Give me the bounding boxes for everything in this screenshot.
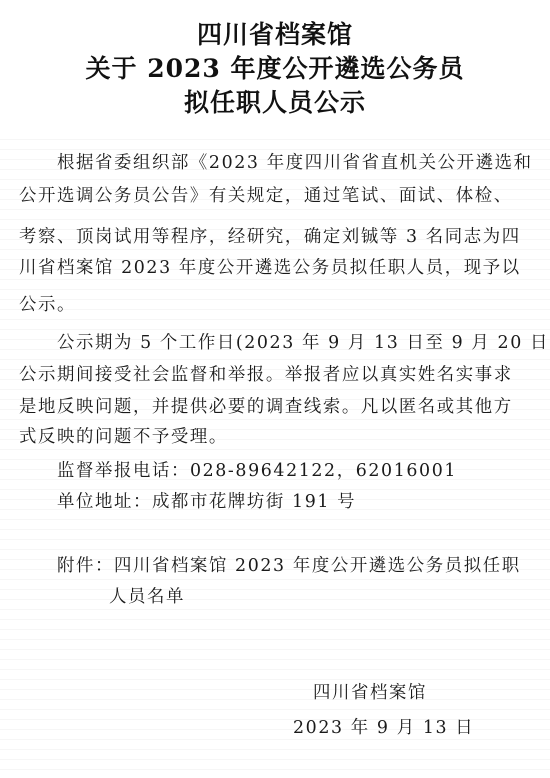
attachment-title: 四川省档案馆 2023 年度公开遴选公务员拟任职 — [114, 556, 521, 576]
paragraph-1-line-1: 根据省委组织部《2023 年度四川省省直机关公开遴选和 — [57, 151, 533, 175]
title-line-1: 四川省档案馆 — [0, 20, 550, 50]
paragraph-1-line-3: 考察、顶岗试用等程序，经研究，确定刘铖等 3 名同志为四 — [19, 225, 521, 249]
attachment-line-2: 人员名单 — [109, 585, 185, 609]
paragraph-2-line-1: 公示期为 5 个工作日(2023 年 9 月 13 日至 9 月 20 日)， — [57, 331, 550, 355]
phone-line: 监督举报电话：028-89642122，62016001 — [57, 459, 457, 483]
paragraph-1-line-2: 公开选调公务员公告》有关规定，通过笔试、面试、体检、 — [19, 184, 513, 208]
address-label: 单位地址： — [57, 492, 152, 512]
address-value: 成都市花牌坊街 191 号 — [152, 492, 356, 512]
address-line: 单位地址：成都市花牌坊街 191 号 — [57, 490, 356, 514]
title-line-3: 拟任职人员公示 — [0, 88, 550, 118]
paragraph-2-line-2: 公示期间接受社会监督和举报。举报者应以真实姓名实事求 — [19, 363, 513, 387]
title-line-2: 关于 2023 年度公开遴选公务员 — [0, 54, 550, 84]
paragraph-2-line-4: 式反映的问题不予受理。 — [19, 425, 228, 449]
paragraph-1-line-4: 川省档案馆 2023 年度公开遴选公务员拟任职人员，现予以 — [19, 256, 521, 280]
document-page: 四川省档案馆 关于 2023 年度公开遴选公务员 拟任职人员公示 根据省委组织部… — [0, 0, 550, 778]
paragraph-1-line-5: 公示。 — [19, 293, 76, 317]
phone-value: 028-89642122，62016001 — [190, 461, 457, 481]
attachment-label: 附件： — [57, 556, 114, 576]
paragraph-2-line-3: 是地反映问题，并提供必要的调查线索。凡以匿名或其他方 — [19, 395, 513, 419]
signature-date: 2023 年 9 月 13 日 — [293, 716, 474, 740]
signature-organization: 四川省档案馆 — [313, 681, 427, 705]
attachment-line-1: 附件：四川省档案馆 2023 年度公开遴选公务员拟任职 — [57, 554, 521, 578]
phone-label: 监督举报电话： — [57, 461, 190, 481]
